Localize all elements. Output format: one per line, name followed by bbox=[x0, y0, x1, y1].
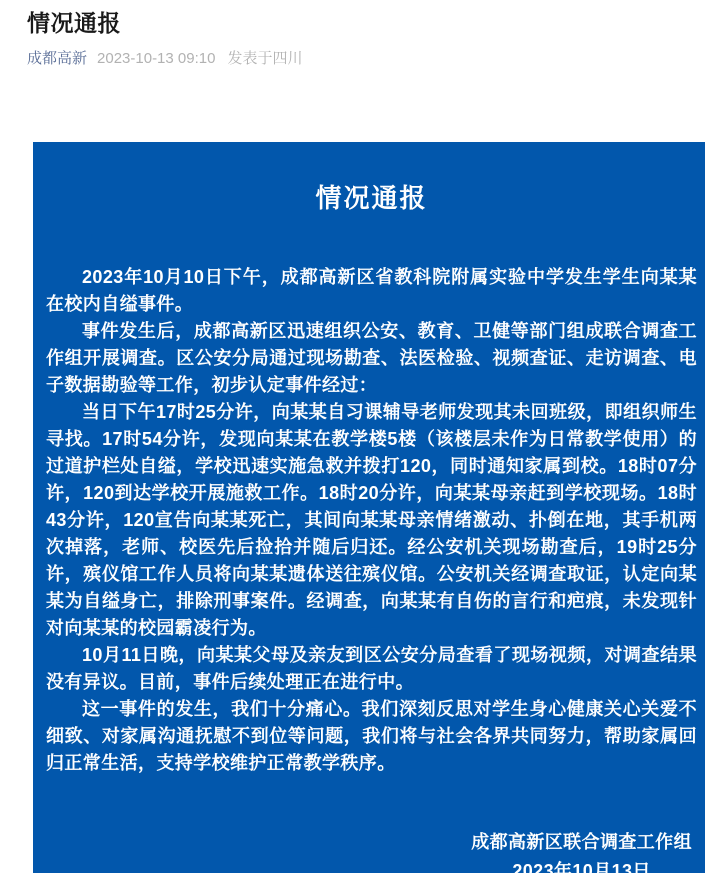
notice-title: 情况通报 bbox=[46, 185, 697, 212]
byline: 成都高新 2023-10-13 09:10 发表于四川 bbox=[27, 49, 302, 69]
notice-image[interactable]: 情况通报 2023年10月10日下午，成都高新区省教科院附属实验中学发生学生向某… bbox=[33, 142, 705, 873]
page-title: 情况通报 bbox=[27, 8, 697, 39]
notice-paragraph-3: 当日下午17时25分许，向某某自习课辅导老师发现其未回班级，即组织师生寻找。17… bbox=[46, 399, 697, 642]
notice-paragraph-2: 事件发生后，成都高新区迅速组织公安、教育、卫健等部门组成联合调查工作组开展调查。… bbox=[46, 318, 697, 399]
article-header: 情况通报 成都高新 2023-10-13 09:10 发表于四川 bbox=[27, 8, 697, 39]
notice-paragraph-4: 10月11日晚，向某某父母及亲友到区公安分局查看了现场视频，对调查结果没有异议。… bbox=[46, 642, 697, 696]
notice-paragraph-5: 这一事件的发生，我们十分痛心。我们深刻反思对学生身心健康关心关爱不细致、对家属沟… bbox=[46, 696, 697, 777]
signature-organization: 成都高新区联合调查工作组 bbox=[471, 829, 692, 856]
notice-paragraph-1: 2023年10月10日下午，成都高新区省教科院附属实验中学发生学生向某某在校内自… bbox=[46, 264, 697, 318]
notice-signature-block: 成都高新区联合调查工作组 2023年10月13日 bbox=[46, 829, 697, 873]
account-name-link[interactable]: 成都高新 bbox=[27, 49, 87, 69]
notice-body: 2023年10月10日下午，成都高新区省教科院附属实验中学发生学生向某某在校内自… bbox=[46, 264, 697, 777]
signature-date: 2023年10月13日 bbox=[471, 858, 692, 873]
publish-timestamp: 2023-10-13 09:10 bbox=[97, 49, 215, 69]
publish-location: 发表于四川 bbox=[227, 49, 302, 69]
